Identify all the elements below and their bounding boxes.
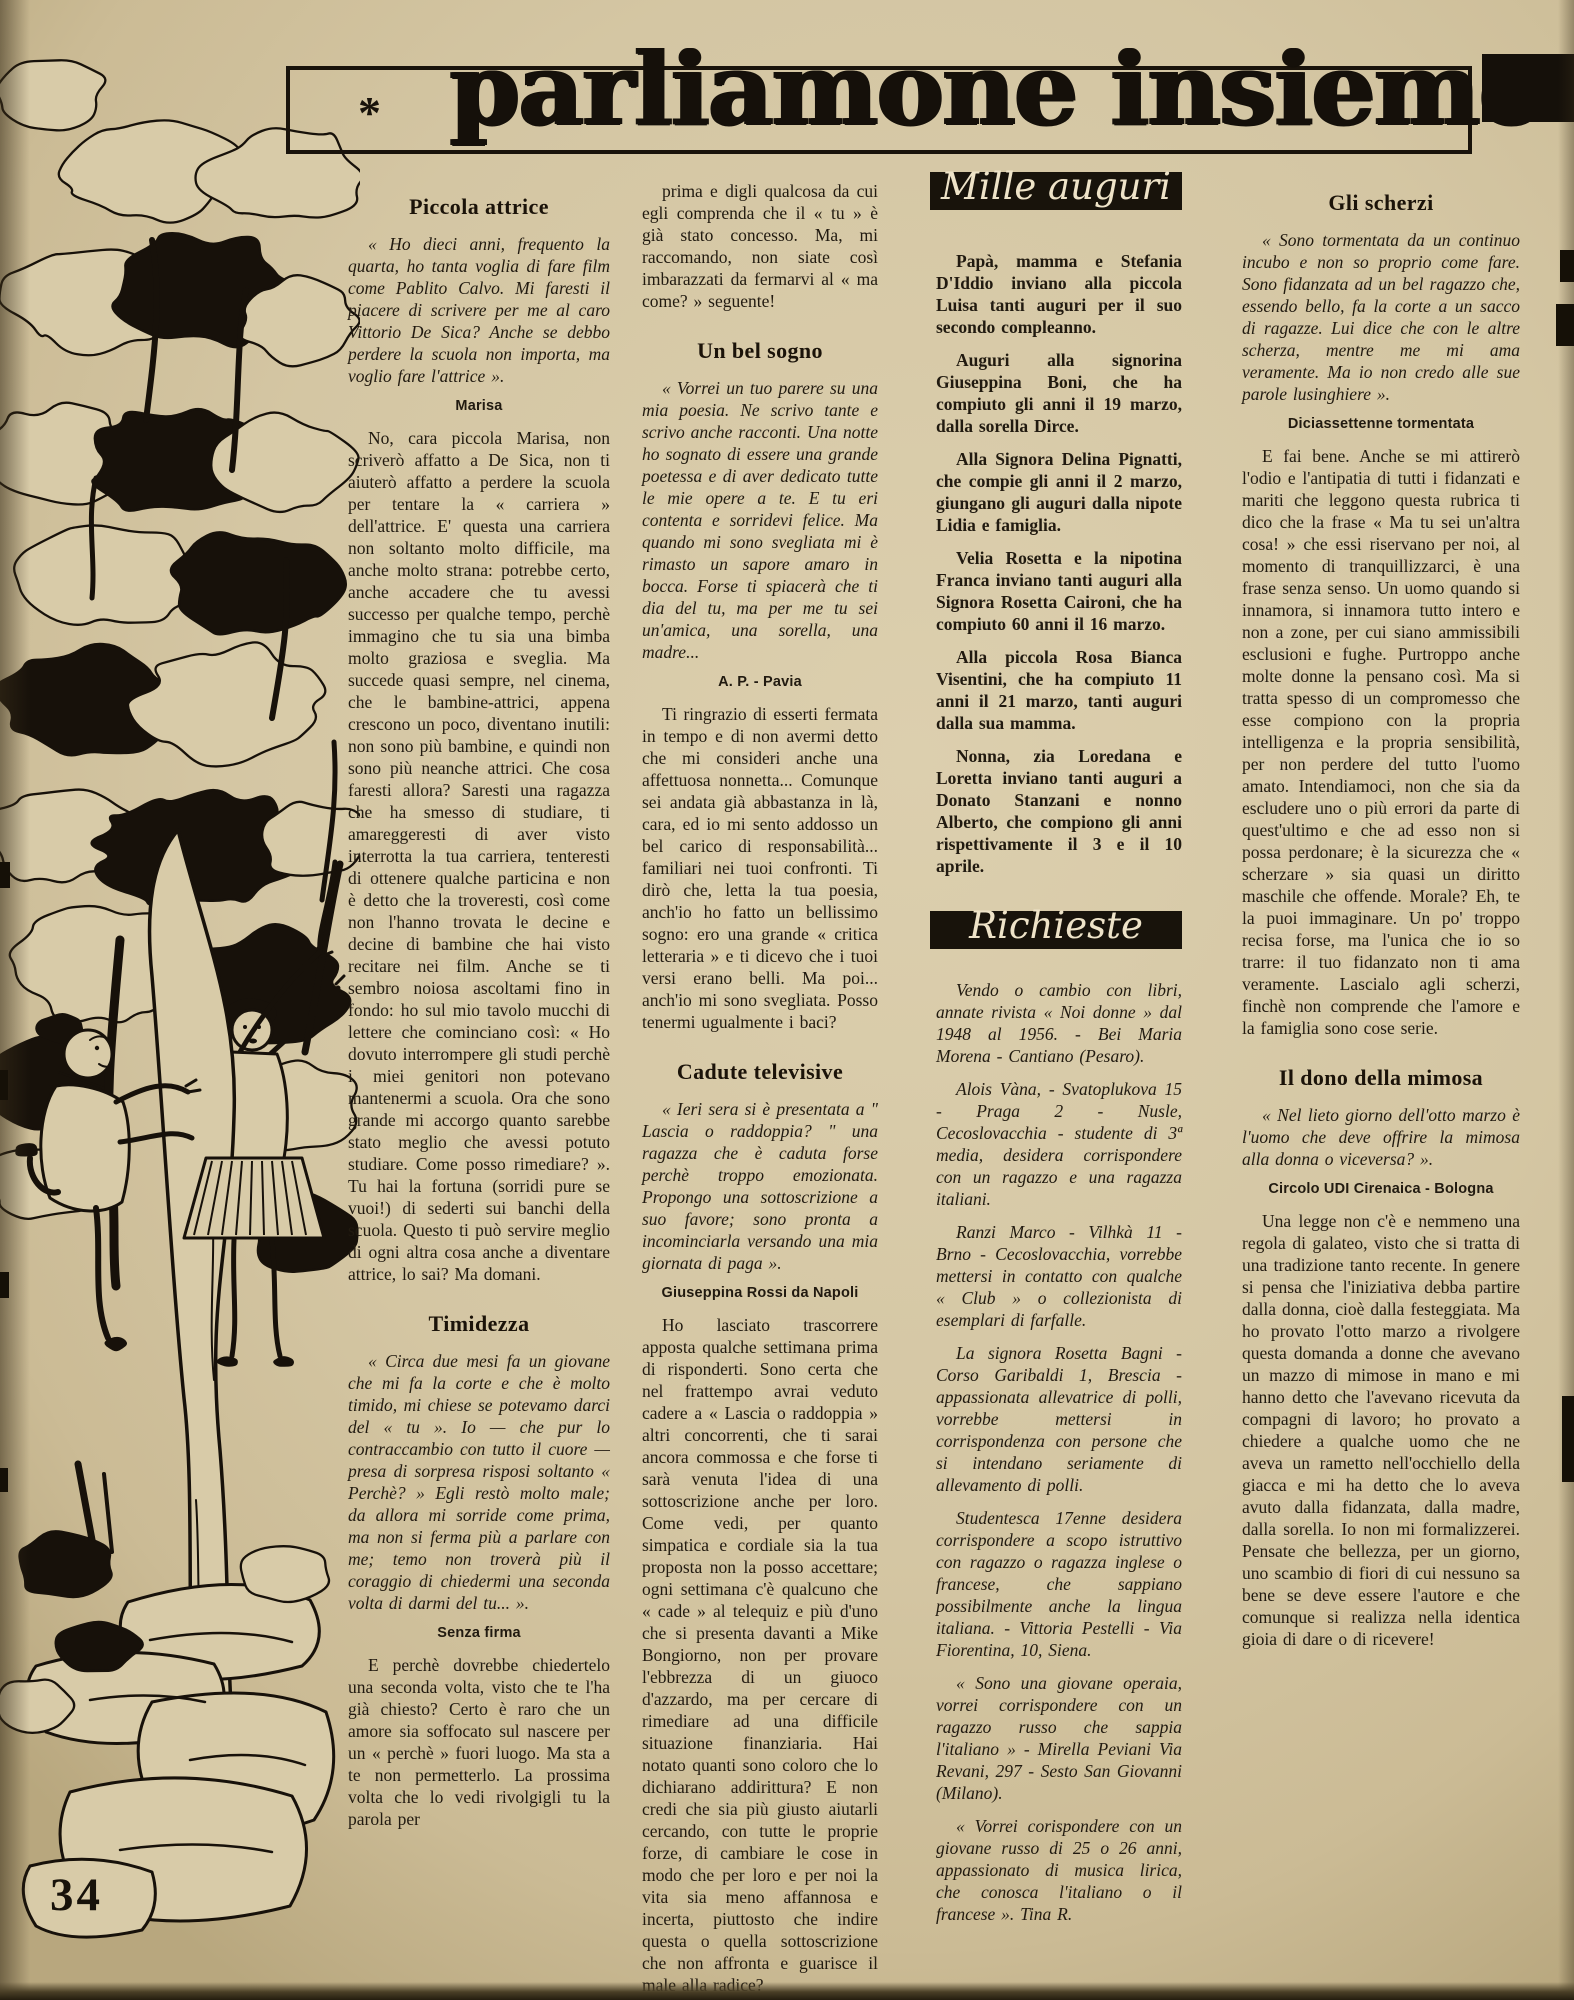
section-heading: Cadute televisive: [642, 1061, 878, 1083]
reader-letter: « Circa due mesi fa un giovane che mi fa…: [348, 1350, 610, 1614]
section-banner: Richieste: [930, 911, 1182, 949]
request-item: « Sono una giovane operaia, vorrei corri…: [936, 1672, 1182, 1804]
header-asterisk-icon: *: [358, 86, 381, 139]
scan-edge-mark: [0, 862, 10, 888]
tree-climbing-illustration: [0, 0, 360, 2000]
reader-letter: « Ho dieci anni, frequento la quarta, ho…: [348, 233, 610, 387]
editor-reply: Ti ringrazio di esserti fermata in tempo…: [642, 703, 878, 1033]
announcement-item: Velia Rosetta e la nipotina Franca invia…: [936, 547, 1182, 635]
editor-reply: Ho lasciato trascorrere apposta qualche …: [642, 1314, 878, 1996]
request-item: Alois Vàna, - Svatoplukova 15 - Praga 2 …: [936, 1078, 1182, 1210]
editor-reply: E perchè dovrebbe chiedertelo una second…: [348, 1654, 610, 1830]
magazine-page: * parliamone insieme Piccola attrice« Ho…: [0, 0, 1574, 2000]
announcement-item: Auguri alla signorina Giuseppina Boni, c…: [936, 349, 1182, 437]
section-heading: Gli scherzi: [1242, 192, 1520, 214]
request-item: Studentesca 17enne desidera corrisponder…: [936, 1507, 1182, 1661]
letter-signature: Circolo UDI Cirenaica - Bologna: [1242, 1178, 1520, 1200]
editor-reply: No, cara piccola Marisa, non scriverò af…: [348, 427, 610, 1285]
editor-reply: Una legge non c'è e nemmeno una regola d…: [1242, 1210, 1520, 1650]
scan-edge-mark: [1562, 1396, 1574, 1482]
section-heading: Piccola attrice: [348, 196, 610, 218]
reader-letter: « Sono tormentata da un continuo incubo …: [1242, 229, 1520, 405]
scan-edge-mark: [0, 1272, 9, 1298]
column-4: Gli scherzi« Sono tormentata da un conti…: [1242, 192, 1520, 1661]
page-title: parliamone insieme: [450, 32, 1542, 147]
editor-reply: E fai bene. Anche se mi attirerò l'odio …: [1242, 445, 1520, 1039]
scan-edge-shadow-bottom: [0, 1982, 1574, 2000]
announcement-item: Nonna, zia Loredana e Loretta inviano ta…: [936, 745, 1182, 877]
request-item: « Vorrei corispondere con un giovane rus…: [936, 1815, 1182, 1925]
column-2: prima e digli qualcosa da cui egli compr…: [642, 180, 878, 2000]
reader-letter: « Ieri sera si è presentata a " Lascia o…: [642, 1098, 878, 1274]
reader-letter: « Nel lieto giorno dell'otto marzo è l'u…: [1242, 1104, 1520, 1170]
scan-edge-mark: [1556, 304, 1574, 346]
announcement-item: Alla piccola Rosa Bianca Visentini, che …: [936, 646, 1182, 734]
request-item: Ranzi Marco - Vilhkà 11 - Brno - Cecoslo…: [936, 1221, 1182, 1331]
section-heading: Timidezza: [348, 1313, 610, 1335]
letter-signature: Marisa: [348, 395, 610, 417]
letter-signature: A. P. - Pavia: [642, 671, 878, 693]
editor-reply: prima e digli qualcosa da cui egli compr…: [642, 180, 878, 312]
section-heading: Il dono della mimosa: [1242, 1067, 1520, 1089]
section-heading: Un bel sogno: [642, 340, 878, 362]
column-1: Piccola attrice« Ho dieci anni, frequent…: [348, 196, 610, 1841]
scan-edge-shadow-right: [1558, 0, 1574, 2000]
letter-signature: Senza firma: [348, 1622, 610, 1644]
column-3: Mille auguriPapà, mamma e Stefania D'Idd…: [936, 172, 1182, 1936]
letter-signature: Diciassettenne tormentata: [1242, 413, 1520, 435]
section-banner: Mille auguri: [930, 172, 1182, 210]
letter-signature: Giuseppina Rossi da Napoli: [642, 1282, 878, 1304]
announcement-item: Papà, mamma e Stefania D'Iddio inviano a…: [936, 250, 1182, 338]
page-number: 34: [50, 1868, 103, 1922]
scan-edge-mark: [0, 1070, 8, 1100]
scan-edge-mark: [0, 1468, 8, 1492]
announcement-item: Alla Signora Delina Pignatti, che compie…: [936, 448, 1182, 536]
request-item: La signora Rosetta Bagni - Corso Garibal…: [936, 1342, 1182, 1496]
scan-edge-shadow-left: [0, 0, 30, 2000]
reader-letter: « Vorrei un tuo parere su una mia poesia…: [642, 377, 878, 663]
scan-edge-mark: [1560, 250, 1574, 282]
request-item: Vendo o cambio con libri, annate rivista…: [936, 979, 1182, 1067]
